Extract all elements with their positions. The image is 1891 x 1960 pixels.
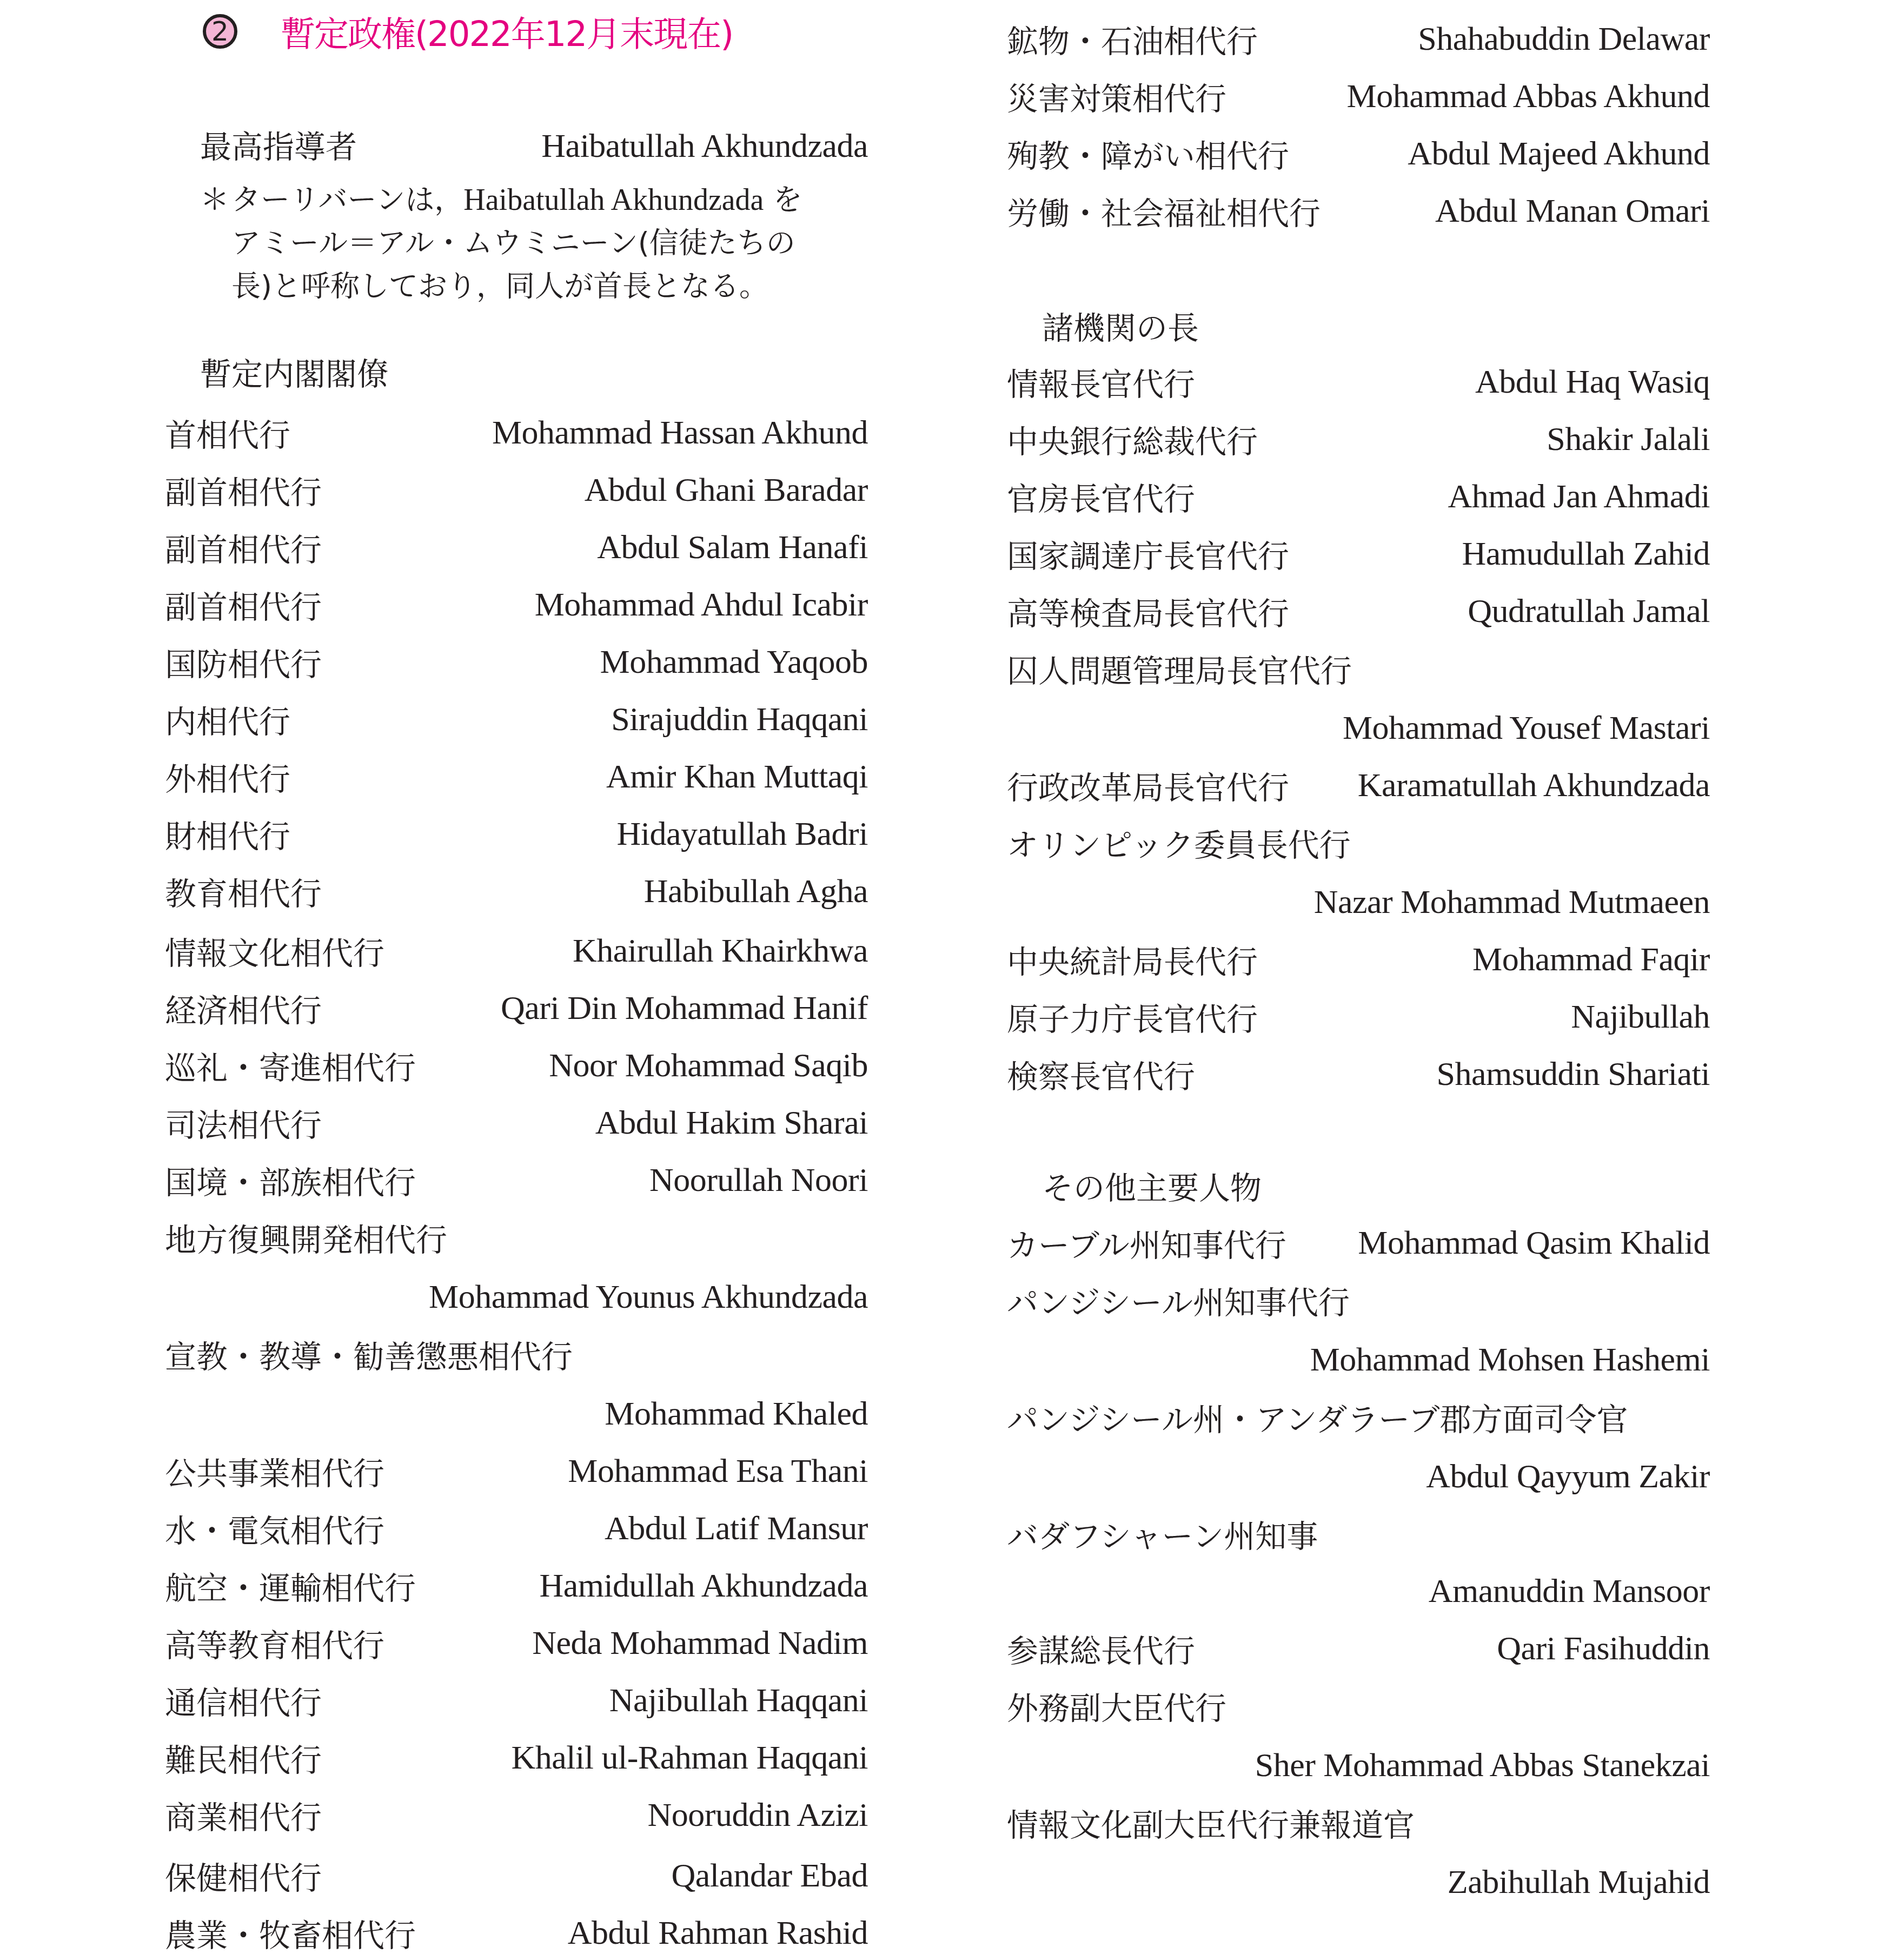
role-label: 情報長官代行 (1007, 359, 1195, 405)
asterisk-mark: ＊ (200, 178, 231, 222)
table-row: 情報文化副大臣代行兼報道官 (1007, 1796, 1710, 1850)
role-label: 宣教・教導・勧善懲悪相代行 (165, 1332, 573, 1377)
role-label: オリンピック委員長代行 (1007, 820, 1351, 865)
role-label: 商業相代行 (165, 1792, 322, 1838)
role-label: 高等教育相代行 (165, 1620, 384, 1666)
circled-number-badge: 2 (203, 14, 237, 49)
table-row: 副首相代行Mohammad Ahdul Icabir (165, 578, 868, 632)
person-name: Abdul Ghani Baradar (585, 471, 868, 509)
role-label: パンジシール州知事代行 (1007, 1277, 1350, 1323)
role-label: 鉱物・石油相代行 (1007, 16, 1258, 62)
table-row: 外相代行Amir Khan Muttaqi (165, 750, 868, 804)
role-label: 災害対策相代行 (1007, 74, 1226, 119)
table-row: 難民相代行Khalil ul-Rahman Haqqani (165, 1731, 868, 1785)
role-label: カーブル州知事代行 (1007, 1220, 1286, 1266)
supreme-leader-row: Haibatullah Akhundzada (165, 119, 868, 173)
person-name: Qudratullah Jamal (1468, 592, 1710, 631)
person-name: Hidayatullah Badri (617, 815, 868, 853)
table-row: 検察長官代行Shamsuddin Shariati (1007, 1047, 1710, 1101)
person-name: Shakir Jalali (1547, 420, 1710, 459)
table-row-continuation: Mohammad Mohsen Hashemi (1007, 1333, 1710, 1387)
table-row: 地方復興開発相代行 (165, 1210, 868, 1264)
table-row: 参謀総長代行Qari Fasihuddin (1007, 1621, 1710, 1676)
person-name: Hamidullah Akhundzada (539, 1567, 868, 1605)
role-label: 副首相代行 (165, 582, 322, 627)
table-row: 殉教・障がい相代行Abdul Majeed Akhund (1007, 127, 1710, 181)
person-name: Abdul Manan Omari (1435, 192, 1710, 230)
agencies-heading: 諸機関の長 (1042, 303, 1199, 348)
role-label: 中央統計局長代行 (1007, 937, 1258, 982)
role-label: 行政改革局長官代行 (1007, 763, 1289, 808)
supreme-leader-name: Haibatullah Akhundzada (541, 127, 868, 165)
table-row: 首相代行Mohammad Hassan Akhund (165, 406, 868, 460)
person-name: Noor Mohammad Saqib (549, 1047, 868, 1085)
person-name: Abdul Salam Hanafi (597, 528, 868, 567)
table-row: カーブル州知事代行Mohammad Qasim Khalid (1007, 1216, 1710, 1270)
table-row-continuation: Sher Mohammad Abbas Stanekzai (1007, 1738, 1710, 1792)
footnote-text: 長)と呼称しており，同人が首長となる。 (200, 265, 871, 308)
role-label: 巡礼・寄進相代行 (165, 1043, 416, 1088)
footnote-text: を (764, 183, 802, 217)
role-label: 殉教・障がい相代行 (1007, 131, 1289, 176)
person-name: Najibullah (1571, 998, 1710, 1036)
role-label: 難民相代行 (165, 1735, 322, 1780)
person-name: Abdul Hakim Sharai (595, 1104, 868, 1142)
table-row-continuation: Nazar Mohammad Mutmaeen (1007, 875, 1710, 929)
table-row: 情報長官代行Abdul Haq Wasiq (1007, 355, 1710, 409)
footnote-name: Haibatullah Akhundzada (463, 183, 764, 217)
role-label: 検察長官代行 (1007, 1051, 1195, 1097)
person-name: Abdul Rahman Rashid (568, 1914, 868, 1952)
role-label: パンジシール州・アンダラーブ郡方面司令官 (1007, 1394, 1628, 1440)
role-label: 官房長官代行 (1007, 474, 1195, 519)
table-row-continuation: Mohammad Younus Akhundzada (165, 1270, 868, 1324)
person-name: Mohammad Ahdul Icabir (535, 586, 868, 624)
role-label: 労働・社会福祉相代行 (1007, 188, 1321, 234)
role-label: 囚人問題管理局長官代行 (1007, 646, 1352, 691)
role-label: 副首相代行 (165, 467, 322, 513)
table-row: 原子力庁長官代行Najibullah (1007, 990, 1710, 1044)
cabinet-heading: 暫定内閣閣僚 (200, 349, 388, 394)
person-name: Nooruddin Azizi (648, 1796, 868, 1835)
table-row: 災害対策相代行Mohammad Abbas Akhund (1007, 69, 1710, 123)
role-label: 航空・運輸相代行 (165, 1563, 416, 1608)
person-name: Abdul Majeed Akhund (1408, 135, 1710, 173)
table-row: パンジシール州・アンダラーブ郡方面司令官 (1007, 1390, 1710, 1444)
footnote: ＊ターリバーンは，Haibatullah Akhundzada を アミール＝ア… (200, 178, 871, 308)
role-label: 司法相代行 (165, 1100, 322, 1145)
table-row: 経済相代行Qari Din Mohammad Hanif (165, 981, 868, 1035)
person-name: Amir Khan Muttaqi (606, 758, 868, 796)
person-name: Abdul Qayyum Zakir (1426, 1458, 1710, 1496)
table-row: 巡礼・寄進相代行Noor Mohammad Saqib (165, 1038, 868, 1092)
page-title: 暫定政権(2022年12月末現在) (281, 6, 733, 56)
person-name: Khalil ul-Rahman Haqqani (512, 1739, 868, 1777)
role-label: 情報文化副大臣代行兼報道官 (1007, 1800, 1415, 1845)
table-row: オリンピック委員長代行 (1007, 816, 1710, 870)
table-row-continuation: Abdul Qayyum Zakir (1007, 1449, 1710, 1504)
table-row: 通信相代行Najibullah Haqqani (165, 1673, 868, 1727)
table-row: 労働・社会福祉相代行Abdul Manan Omari (1007, 184, 1710, 238)
table-row: 高等教育相代行Neda Mohammad Nadim (165, 1616, 868, 1670)
person-name: Shahabuddin Delawar (1418, 20, 1710, 58)
person-name: Qari Fasihuddin (1497, 1630, 1710, 1668)
role-label: 農業・牧畜相代行 (165, 1910, 416, 1956)
table-row: 水・電気相代行Abdul Latif Mansur (165, 1501, 868, 1555)
person-name: Sher Mohammad Abbas Stanekzai (1255, 1746, 1710, 1785)
table-row: 囚人問題管理局長官代行 (1007, 641, 1710, 696)
person-name: Nazar Mohammad Mutmaeen (1314, 883, 1710, 922)
person-name: Abdul Latif Mansur (605, 1509, 868, 1548)
person-name: Mohammad Esa Thani (568, 1452, 868, 1491)
table-row: 副首相代行Abdul Salam Hanafi (165, 520, 868, 574)
role-label: 国家調達庁長官代行 (1007, 531, 1289, 577)
role-label: 通信相代行 (165, 1678, 322, 1723)
person-name: Khairullah Khairkhwa (573, 932, 868, 970)
table-row: 官房長官代行Ahmad Jan Ahmadi (1007, 469, 1710, 524)
role-label: 高等検査局長官代行 (1007, 588, 1289, 634)
person-name: Karamatullah Akhundzada (1358, 766, 1710, 805)
table-row: 高等検査局長官代行Qudratullah Jamal (1007, 584, 1710, 638)
others-heading: その他主要人物 (1042, 1163, 1262, 1208)
role-label: 内相代行 (165, 697, 290, 742)
table-row: 外務副大臣代行 (1007, 1679, 1710, 1733)
footnote-text: ターリバーンは， (231, 183, 463, 217)
person-name: Mohammad Faqir (1472, 941, 1710, 979)
person-name: Mohammad Qasim Khalid (1358, 1224, 1710, 1262)
role-label: 水・電気相代行 (165, 1506, 384, 1551)
role-label: 教育相代行 (165, 869, 322, 914)
role-label: 首相代行 (165, 410, 290, 455)
person-name: Ahmad Jan Ahmadi (1448, 478, 1710, 516)
person-name: Mohammad Khaled (605, 1395, 868, 1433)
role-label: 国防相代行 (165, 639, 322, 685)
role-label: 保健相代行 (165, 1853, 322, 1898)
table-row: 国防相代行Mohammad Yaqoob (165, 635, 868, 689)
role-label: 情報文化相代行 (165, 928, 384, 974)
person-name: Noorullah Noori (649, 1161, 868, 1200)
table-row-continuation: Zabihullah Mujahid (1007, 1855, 1710, 1909)
table-row: 国家調達庁長官代行Hamudullah Zahid (1007, 527, 1710, 581)
person-name: Mohammad Abbas Akhund (1347, 77, 1710, 116)
person-name: Najibullah Haqqani (609, 1681, 868, 1720)
table-row-continuation: Mohammad Khaled (165, 1387, 868, 1441)
person-name: Qari Din Mohammad Hanif (501, 989, 868, 1028)
person-name: Qalandar Ebad (671, 1857, 868, 1895)
person-name: Neda Mohammad Nadim (532, 1624, 868, 1663)
person-name: Hamudullah Zahid (1462, 535, 1710, 573)
role-label: 財相代行 (165, 811, 290, 857)
person-name: Mohammad Mohsen Hashemi (1310, 1341, 1710, 1379)
person-name: Abdul Haq Wasiq (1475, 363, 1710, 401)
table-row: 鉱物・石油相代行Shahabuddin Delawar (1007, 12, 1710, 66)
table-row: 国境・部族相代行Noorullah Noori (165, 1153, 868, 1207)
role-label: 副首相代行 (165, 525, 322, 570)
table-row: パンジシール州知事代行 (1007, 1273, 1710, 1327)
section-title: 2 暫定政権(2022年12月末現在) (203, 4, 733, 58)
person-name: Habibullah Agha (644, 872, 868, 911)
person-name: Zabihullah Mujahid (1448, 1863, 1710, 1902)
table-row: 保健相代行Qalandar Ebad (165, 1849, 868, 1903)
table-row: 中央銀行総裁代行Shakir Jalali (1007, 412, 1710, 466)
role-label: 参謀総長代行 (1007, 1626, 1195, 1671)
table-row: 公共事業相代行Mohammad Esa Thani (165, 1444, 868, 1498)
person-name: Mohammad Hassan Akhund (492, 414, 868, 452)
role-label: 国境・部族相代行 (165, 1157, 416, 1203)
role-label: 外務副大臣代行 (1007, 1683, 1226, 1729)
role-label: 地方復興開発相代行 (165, 1215, 447, 1260)
person-name: Amanuddin Mansoor (1429, 1572, 1710, 1611)
table-row: 中央統計局長代行Mohammad Faqir (1007, 932, 1710, 986)
role-label: 中央銀行総裁代行 (1007, 416, 1258, 462)
person-name: Shamsuddin Shariati (1437, 1055, 1710, 1094)
table-row: バダフシャーン州知事 (1007, 1507, 1710, 1561)
table-row-continuation: Mohammad Yousef Mastari (1007, 701, 1710, 755)
table-row: 宣教・教導・勧善懲悪相代行 (165, 1327, 868, 1381)
table-row: 内相代行Sirajuddin Haqqani (165, 692, 868, 746)
role-label: 経済相代行 (165, 985, 322, 1031)
table-row: 行政改革局長官代行Karamatullah Akhundzada (1007, 758, 1710, 812)
table-row-continuation: Amanuddin Mansoor (1007, 1564, 1710, 1618)
role-label: 外相代行 (165, 754, 290, 799)
table-row: 副首相代行Abdul Ghani Baradar (165, 463, 868, 517)
table-row: 財相代行Hidayatullah Badri (165, 807, 868, 861)
table-row: 航空・運輸相代行Hamidullah Akhundzada (165, 1559, 868, 1613)
footnote-text: アミール＝アル・ムウミニーン(信徒たちの (200, 222, 871, 265)
table-row: 情報文化相代行Khairullah Khairkhwa (165, 924, 868, 978)
table-row: 農業・牧畜相代行Abdul Rahman Rashid (165, 1906, 868, 1960)
person-name: Sirajuddin Haqqani (611, 700, 868, 739)
person-name: Mohammad Yaqoob (600, 643, 868, 681)
table-row: 商業相代行Nooruddin Azizi (165, 1788, 868, 1842)
table-row: 司法相代行Abdul Hakim Sharai (165, 1096, 868, 1150)
person-name: Mohammad Yousef Mastari (1343, 709, 1710, 747)
person-name: Mohammad Younus Akhundzada (429, 1278, 868, 1316)
role-label: バダフシャーン州知事 (1007, 1511, 1318, 1557)
table-row: 教育相代行Habibullah Agha (165, 864, 868, 918)
role-label: 公共事業相代行 (165, 1448, 384, 1494)
role-label: 原子力庁長官代行 (1007, 994, 1258, 1039)
